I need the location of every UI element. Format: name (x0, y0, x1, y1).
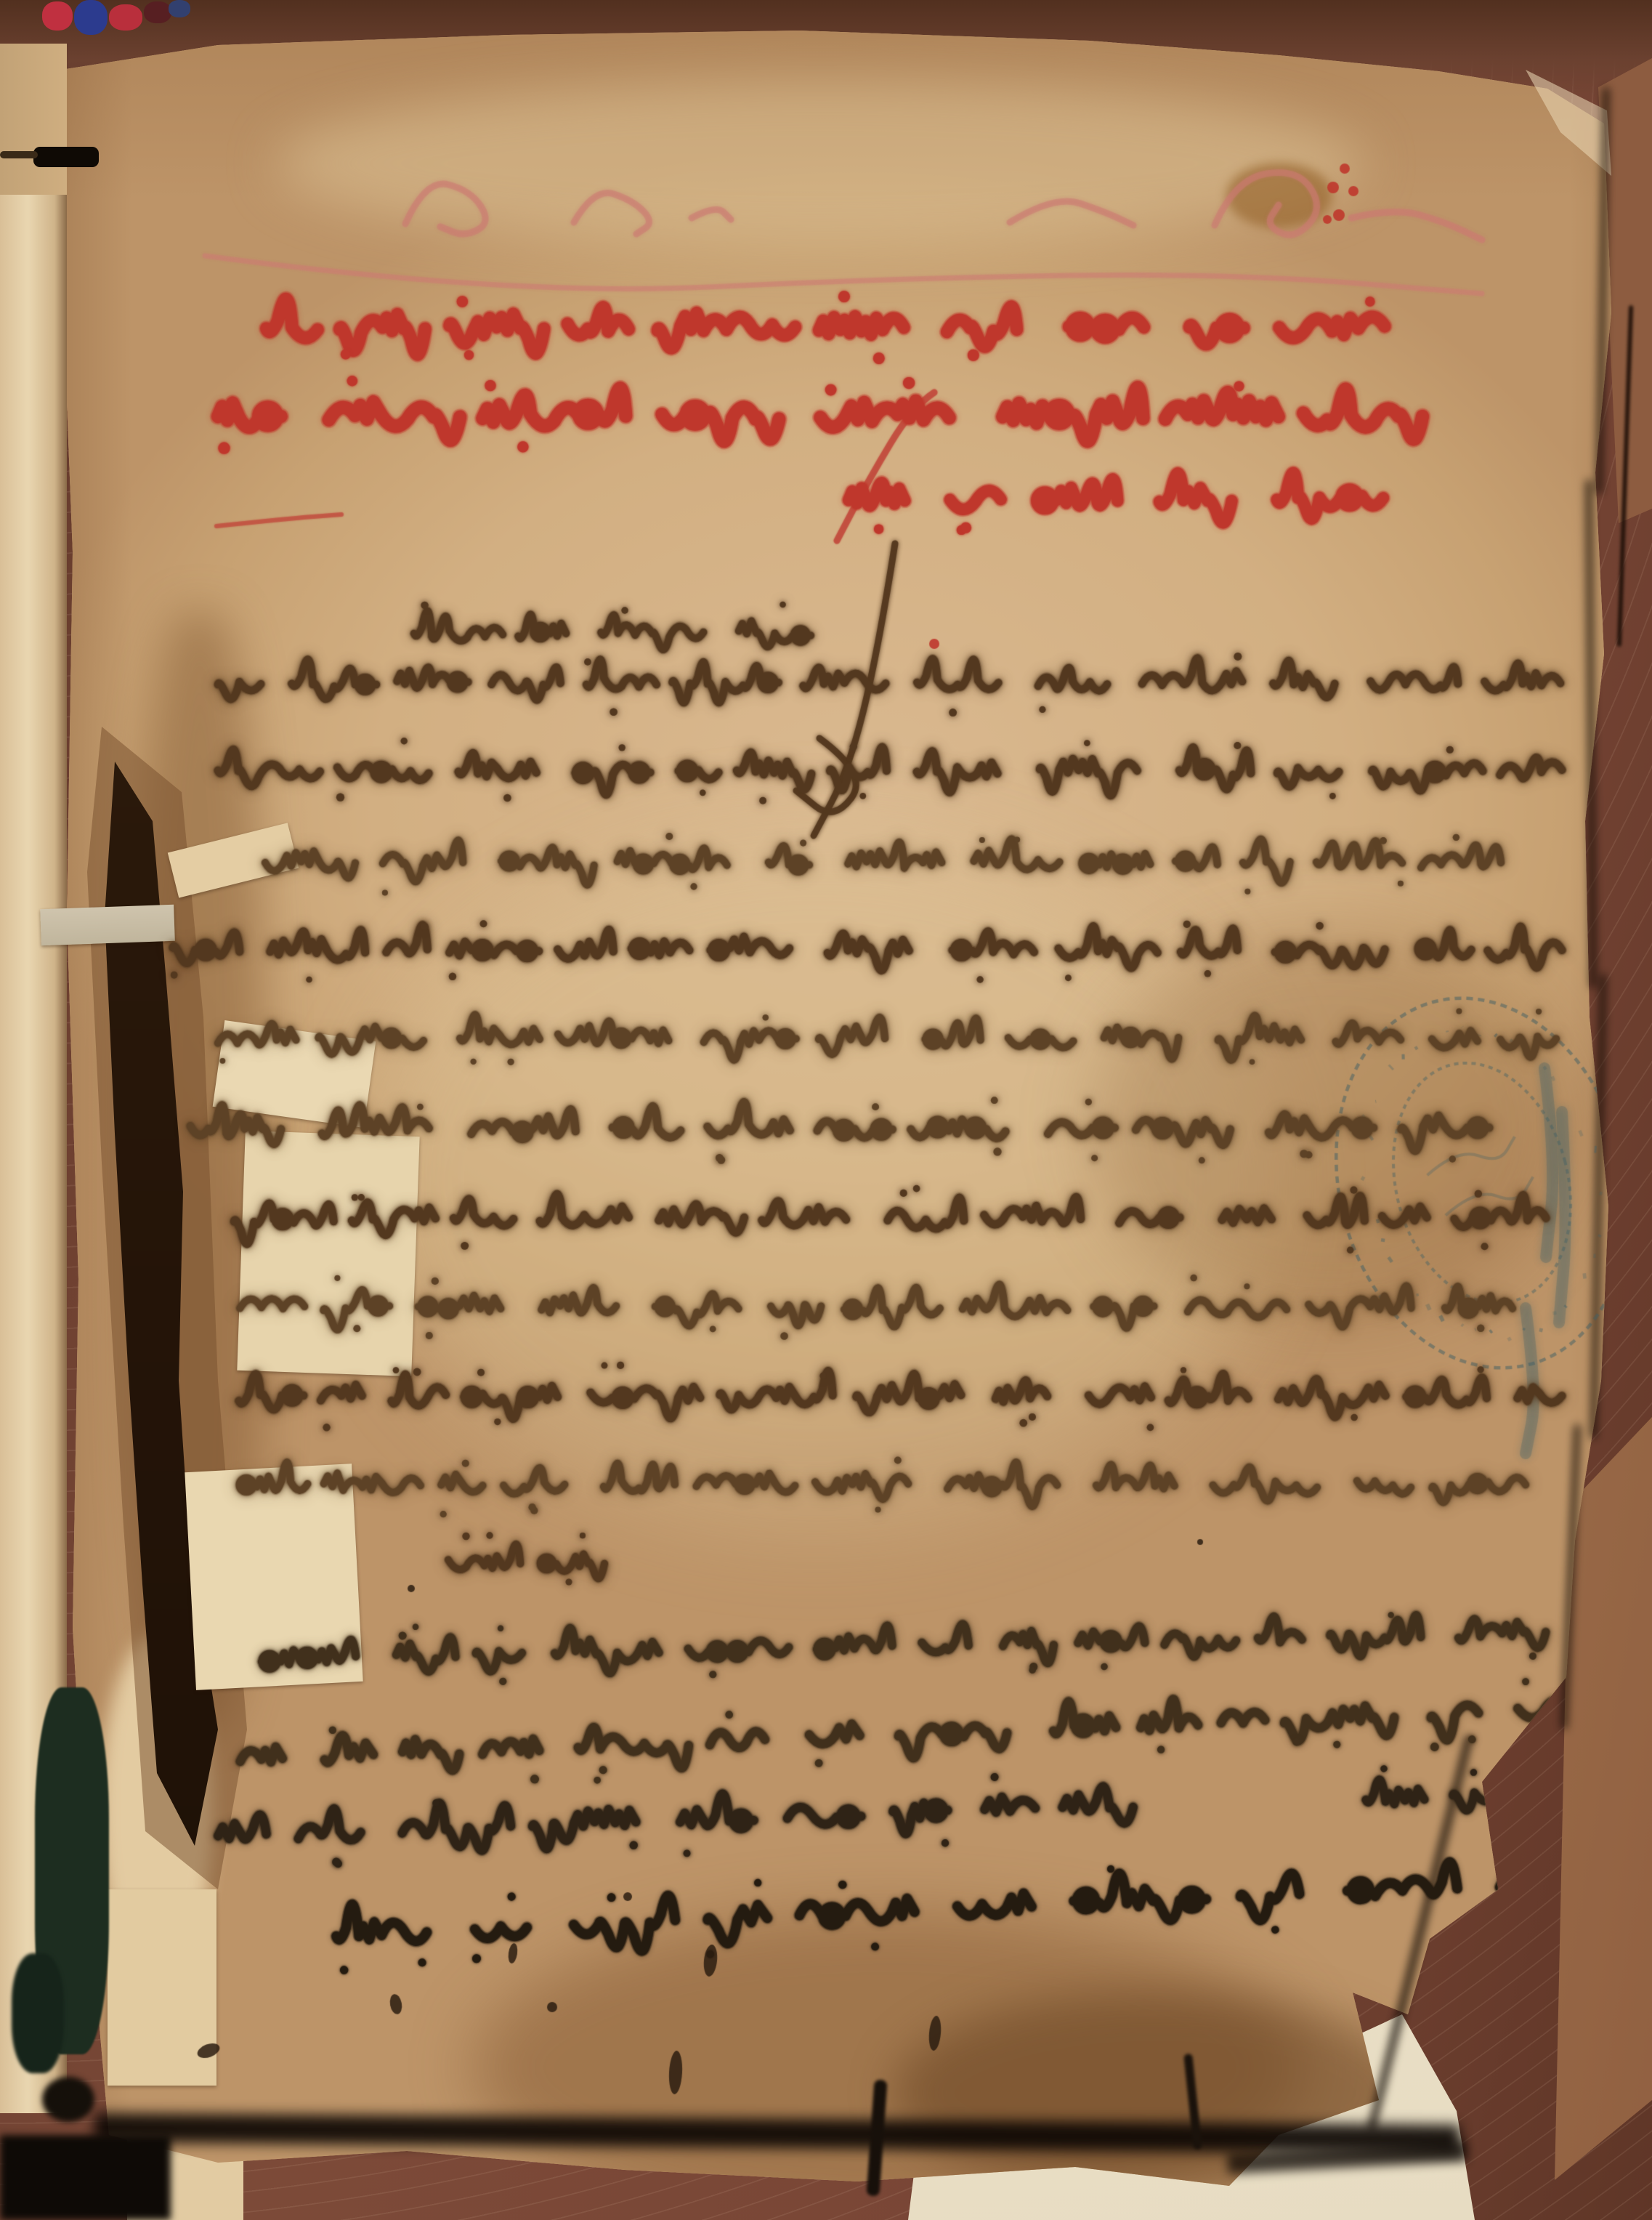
torn-paper-patch (185, 1464, 363, 1690)
binding-thread (0, 151, 38, 158)
endband-thread-dark (144, 1, 171, 23)
torn-paper-chunk (108, 1889, 216, 2086)
endband-thread-blue (74, 0, 108, 35)
endband-thread-red (42, 1, 73, 31)
stain-right-margin (1090, 930, 1569, 1323)
endband-thread-blue (169, 0, 190, 17)
torn-paper-patch (237, 1131, 419, 1376)
ink-blotch-bottom-left (0, 2135, 171, 2220)
dark-green-patch-small (12, 1953, 64, 2073)
endband-thread-red (109, 4, 142, 31)
facing-page-top (0, 44, 67, 198)
ink-blotch-bottom-left-small (42, 2077, 94, 2122)
manuscript-photograph: Damaged Syriac manuscript page: three bo… (0, 0, 1652, 2220)
brown-stain-top-right (1226, 163, 1332, 228)
repair-tape-strip (40, 905, 175, 945)
binding-stitch (33, 147, 99, 167)
light-patch-top (276, 80, 1366, 247)
